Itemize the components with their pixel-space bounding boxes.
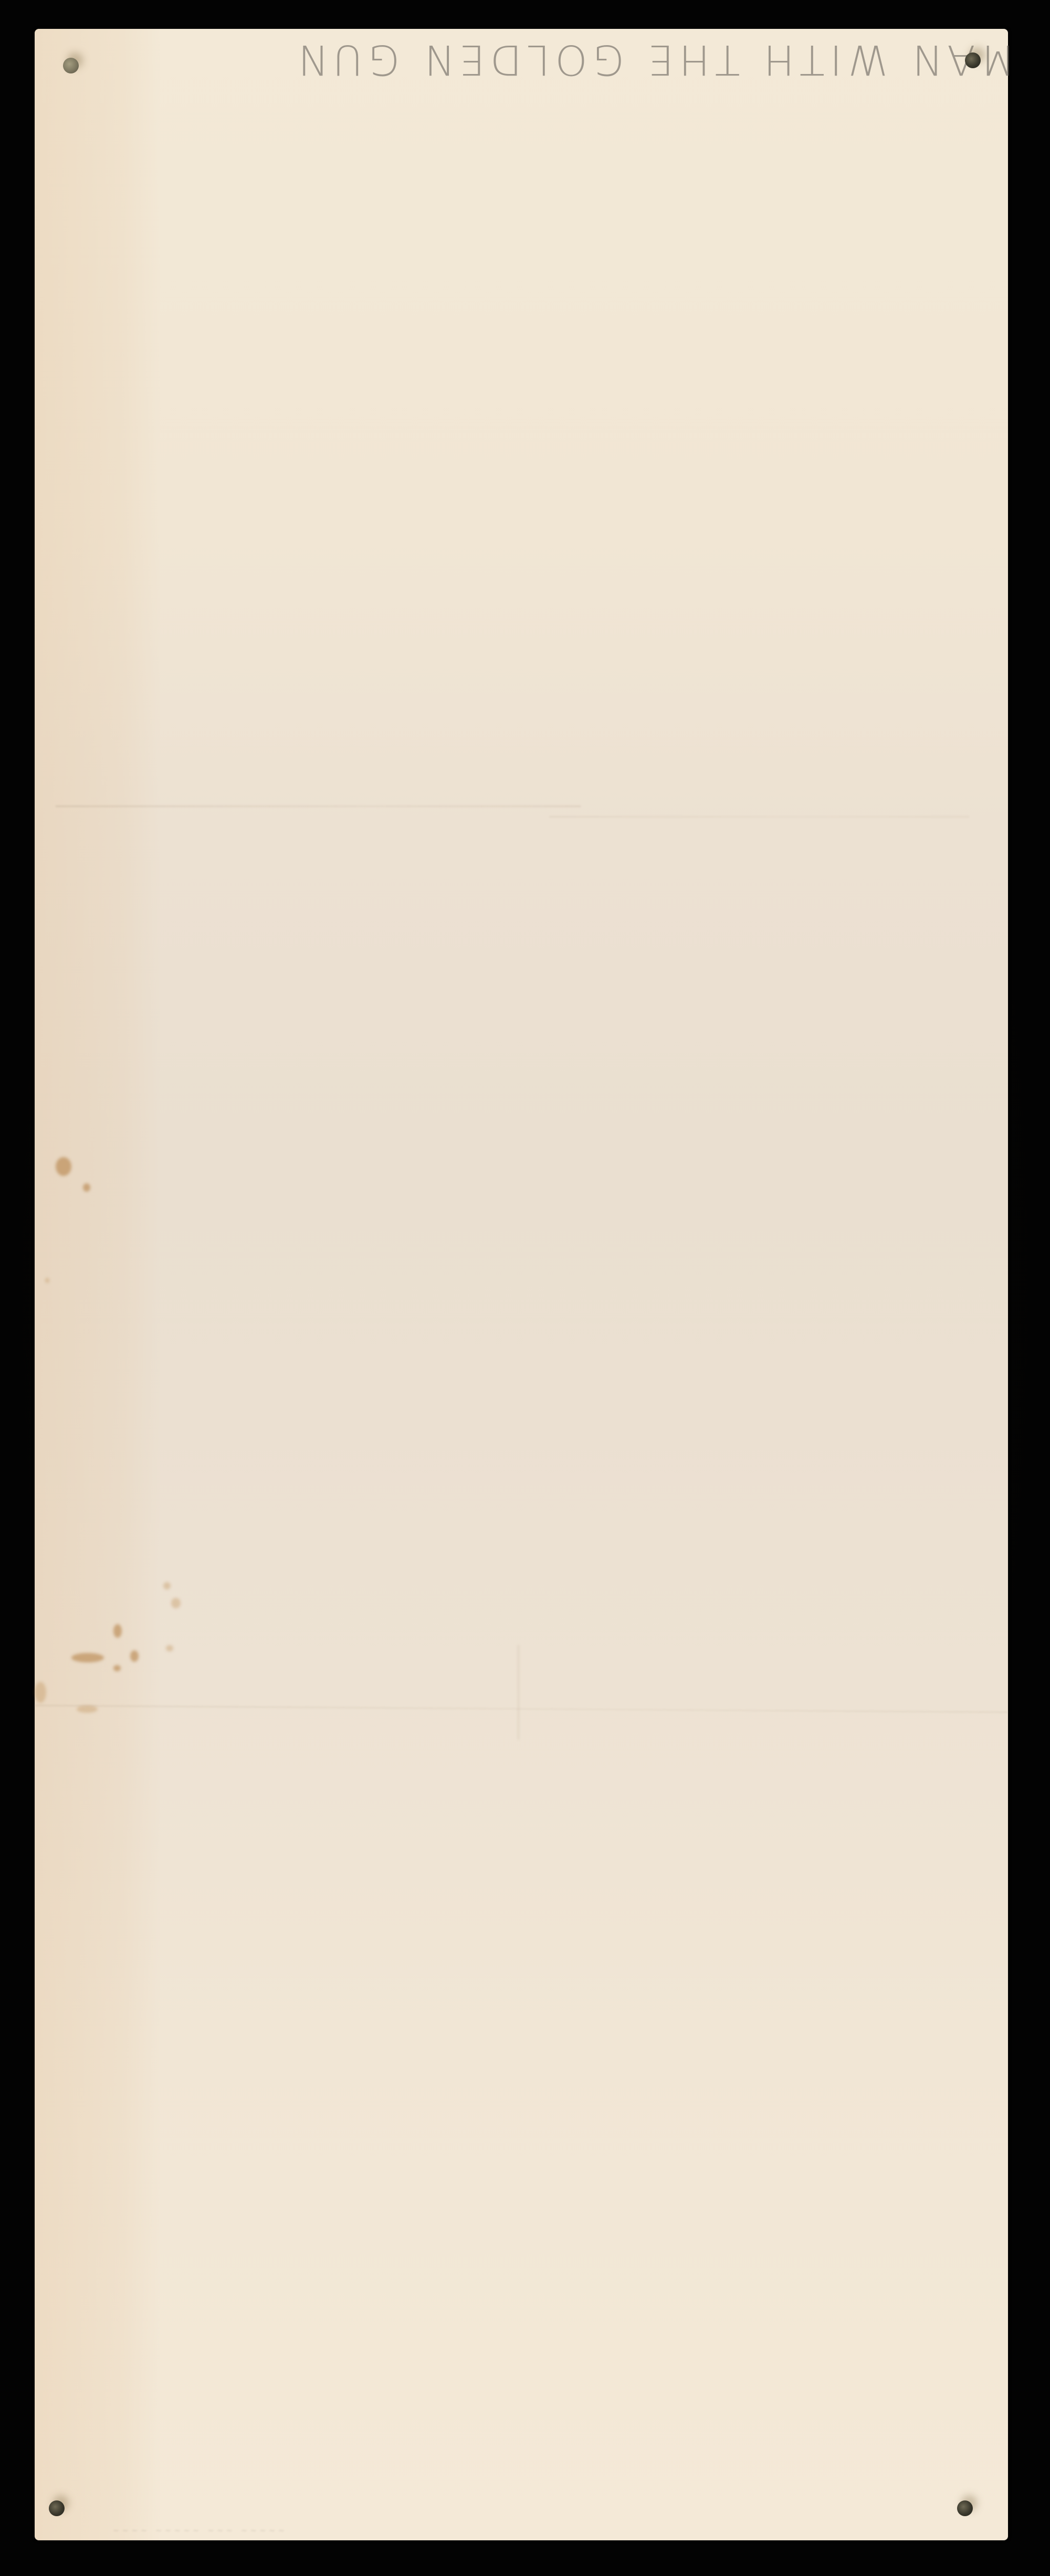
stain-spot <box>166 1645 173 1651</box>
pushpin-icon <box>63 58 79 73</box>
stain-spot <box>171 1598 181 1608</box>
pushpin-icon <box>49 2500 65 2516</box>
fold-line-upper <box>56 805 581 807</box>
stain-spot <box>130 1650 139 1662</box>
pushpin-icon <box>957 2500 973 2516</box>
vertical-crease <box>518 1645 519 1740</box>
stain-spot <box>77 1705 98 1713</box>
stain-spot <box>56 1157 71 1176</box>
stain-spot <box>83 1183 90 1192</box>
stain-spot <box>113 1624 122 1638</box>
pushpin-icon <box>965 52 981 68</box>
stain-spot <box>71 1653 104 1662</box>
poster-back-sheet <box>35 29 1008 2540</box>
handwritten-title: MAN WITH THE GOLDEN GUN <box>294 36 1013 83</box>
bleed-through-text: ~~~~ ~~~~~ ~~~ ~~~~~ <box>113 2527 288 2535</box>
stain-spot <box>35 1682 46 1703</box>
stain-spot <box>45 1278 49 1283</box>
stain-spot <box>113 1665 121 1671</box>
fold-line-lower <box>35 1705 1008 1713</box>
fold-line-upper-right <box>549 816 969 818</box>
stain-spot <box>163 1582 171 1589</box>
